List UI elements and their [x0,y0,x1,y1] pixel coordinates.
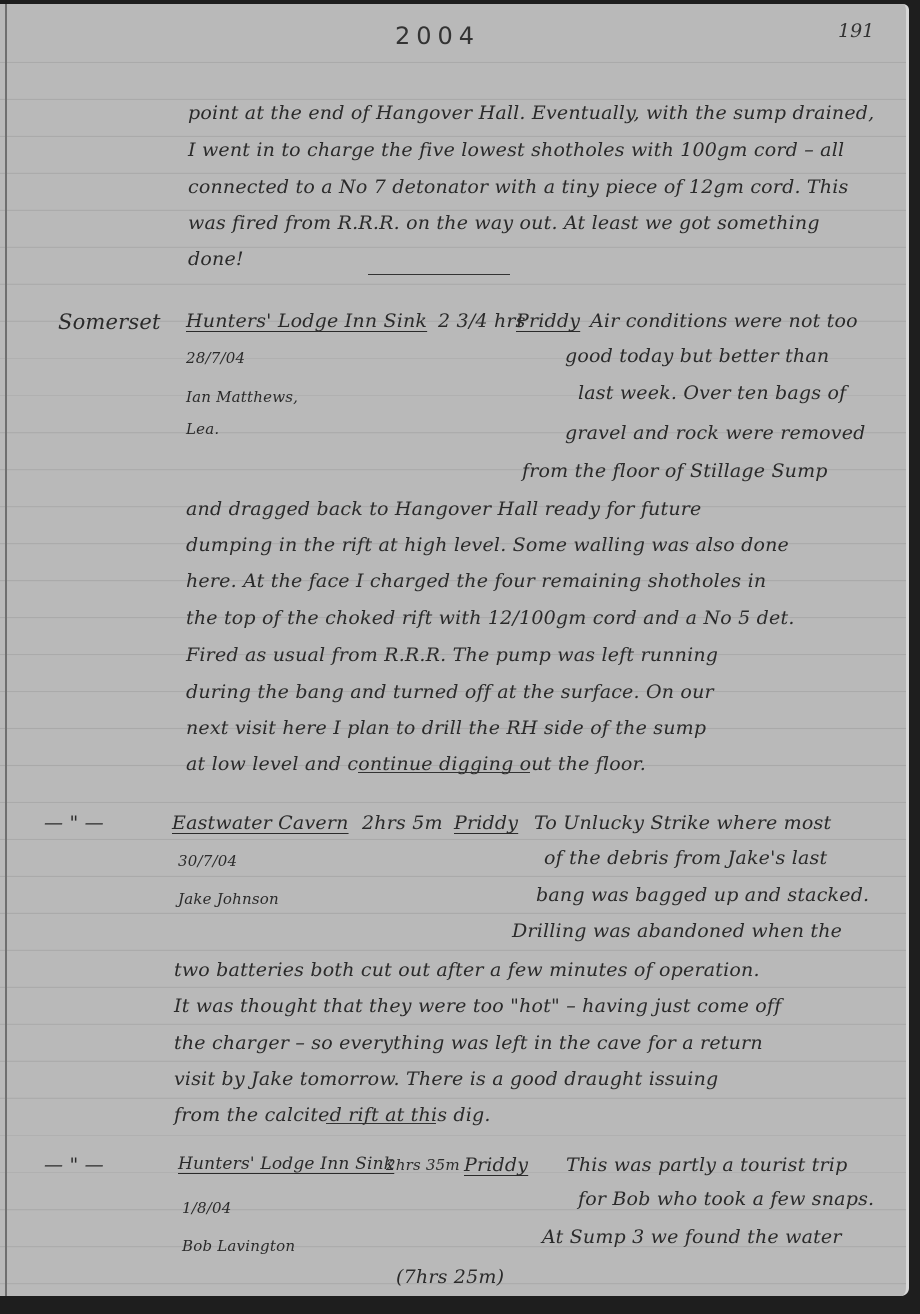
entry-narrative-line: visit by Jake tomorrow. There is a good … [174,1068,718,1090]
entry-narrative-line: two batteries both cut out after a few m… [174,959,760,981]
entry-narrative-line: bang was bagged up and stacked. [536,884,869,906]
section-divider [368,274,510,275]
entry-narrative-line: Air conditions were not too [590,310,858,332]
total-time: (7hrs 25m) [396,1266,504,1288]
entry-cave-name: Hunters' Lodge Inn Sink [178,1154,394,1174]
entry-date: 30/7/04 [178,852,237,870]
entry-county: Somerset [58,310,161,334]
entry-location: Priddy [454,812,518,834]
entry-party-member: Bob Lavington [182,1237,295,1255]
section-divider [326,1123,436,1124]
entry-narrative-line: gravel and rock were removed [565,422,866,444]
entry-narrative-line: the charger – so everything was left in … [174,1032,763,1054]
notebook-page: 2004 191 point at the end of Hangover Ha… [0,4,909,1296]
entry-narrative-line: dumping in the rift at high level. Some … [186,534,789,556]
entry-narrative-line: This was partly a tourist trip [566,1154,847,1176]
entry-party-member: Lea. [186,420,219,438]
entry-narrative-line: last week. Over ten bags of [578,382,846,404]
entry-narrative-line: for Bob who took a few snaps. [578,1188,874,1210]
entry-cave-name: Hunters' Lodge Inn Sink [186,310,427,332]
entry-narrative-line: It was thought that they were too "hot" … [174,995,781,1017]
entry-narrative-line: next visit here I plan to drill the RH s… [186,717,706,739]
entry-cave-name: Eastwater Cavern [172,812,349,834]
entry-location: Priddy [516,310,580,332]
entry-duration: 2hrs 5m [362,812,443,834]
show-through-text [50,272,54,288]
entry-party-member: Ian Matthews, [186,388,298,406]
entry-narrative-line: here. At the face I charged the four rem… [186,570,766,592]
entry-narrative-line: Fired as usual from R.R.R. The pump was … [186,644,718,666]
section-divider [358,772,530,773]
entry-narrative-line: during the bang and turned off at the su… [186,681,714,703]
entry-narrative-line: the top of the choked rift with 12/100gm… [186,607,795,629]
page-year-heading: 2004 [395,22,480,50]
entry-ditto-mark: — " — [44,812,104,834]
continuation-line: was fired from R.R.R. on the way out. At… [188,212,820,234]
continuation-line: point at the end of Hangover Hall. Event… [188,102,874,124]
continuation-line: done! [188,248,244,270]
page-number: 191 [838,20,874,42]
entry-duration: 2hrs 35m [386,1156,460,1174]
entry-narrative-line: Drilling was abandoned when the [512,920,842,942]
entry-narrative-line: good today but better than [565,345,829,367]
entry-ditto-mark: — " — [44,1154,104,1176]
entry-date: 1/8/04 [182,1199,231,1217]
continuation-line: I went in to charge the five lowest shot… [188,139,844,161]
entry-narrative-line: and dragged back to Hangover Hall ready … [186,498,702,520]
continuation-line: connected to a No 7 detonator with a tin… [188,176,848,198]
entry-location: Priddy [464,1154,528,1176]
entry-duration: 2 3/4 hrs [438,310,526,332]
entry-party-member: Jake Johnson [178,890,279,908]
binding-margin-line [5,4,7,1296]
entry-narrative-line: At Sump 3 we found the water [542,1226,842,1248]
entry-date: 28/7/04 [186,349,245,367]
entry-narrative-line: from the floor of Stillage Sump [522,460,828,482]
entry-narrative-line: To Unlucky Strike where most [534,812,831,834]
entry-narrative-line: of the debris from Jake's last [544,847,827,869]
